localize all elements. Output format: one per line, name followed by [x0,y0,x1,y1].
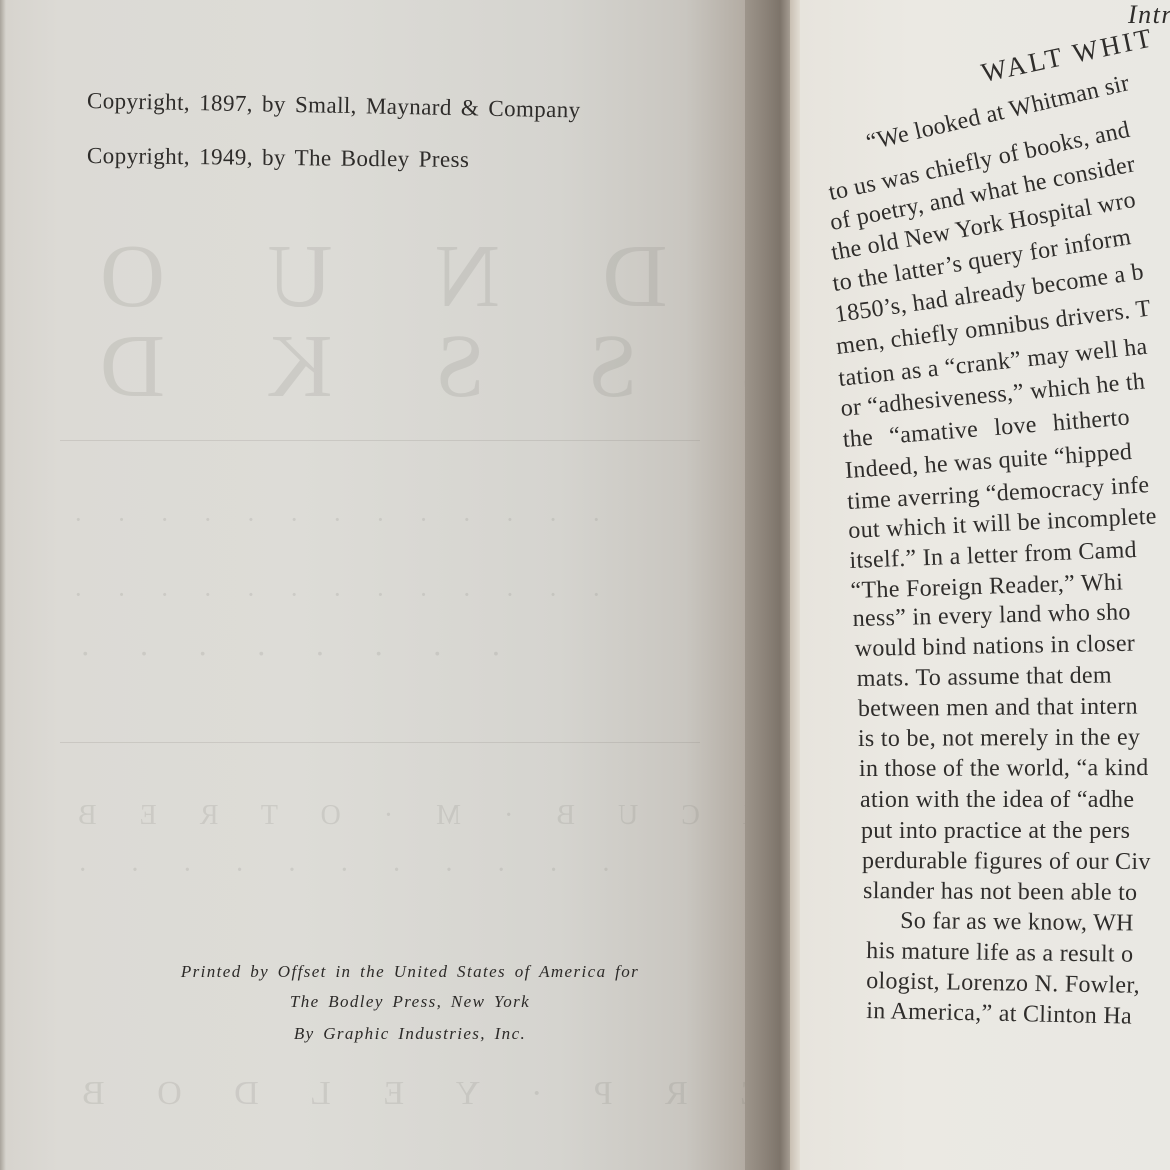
showthrough-text: K C U B · M · O T R E B [60,800,763,832]
body-line: his mature life as a result o [866,938,1134,969]
imprint-line-printed-by: Printed by Offset in the United States o… [140,962,680,982]
body-line: perdurable figures of our Civ [862,848,1151,876]
showthrough-text: · · · · · · · · · · · · · [60,580,601,610]
showthrough-text: · · · · · · · · [60,635,501,672]
showthrough-rule [60,742,700,743]
book-gutter [745,0,795,1170]
body-line: ness” in every land who sho [852,599,1131,633]
body-line: put into practice at the pers [861,818,1130,845]
body-line: So far as we know, WH [900,908,1134,937]
introduction-page: Intro WALT WHIT “We looked at Whitman si… [800,0,1170,1170]
copyright-line-1949: Copyright, 1949, by The Bodley Press [87,143,470,173]
body-line: slander has not been able to [863,878,1137,907]
body-line: in America,” at Clinton Ha [866,998,1132,1031]
chapter-title: WALT WHIT [979,22,1157,89]
body-line: is to be, not merely in the ey [858,725,1140,753]
body-line: would bind nations in closer [854,631,1135,663]
showthrough-rule [60,440,700,441]
body-line: ation with the idea of “adhe [860,787,1134,814]
copyright-line-1897: Copyright, 1897, by Small, Maynard & Com… [87,88,581,123]
imprint-line-printer: By Graphic Industries, Inc. [140,1024,680,1044]
showthrough-text: · · · · · · · · · · · · · [60,505,601,535]
showthrough-text: D N U O [60,225,667,328]
body-line: between men and that intern [858,694,1138,723]
showthrough-text: · · · · · · · · · · · [60,855,611,887]
page-edge-shadow [0,0,6,1170]
body-line: in those of the world, “a kind [859,755,1149,783]
imprint-line-publisher: The Bodley Press, New York [140,992,680,1012]
body-line: ologist, Lorenzo N. Fowler, [866,968,1140,1000]
copyright-page: D N U O R E S S K D · · · · · · · · · · … [0,0,745,1170]
body-line: mats. To assume that dem [857,662,1112,693]
open-book-photo: D N U O R E S S K D · · · · · · · · · · … [0,0,1170,1170]
